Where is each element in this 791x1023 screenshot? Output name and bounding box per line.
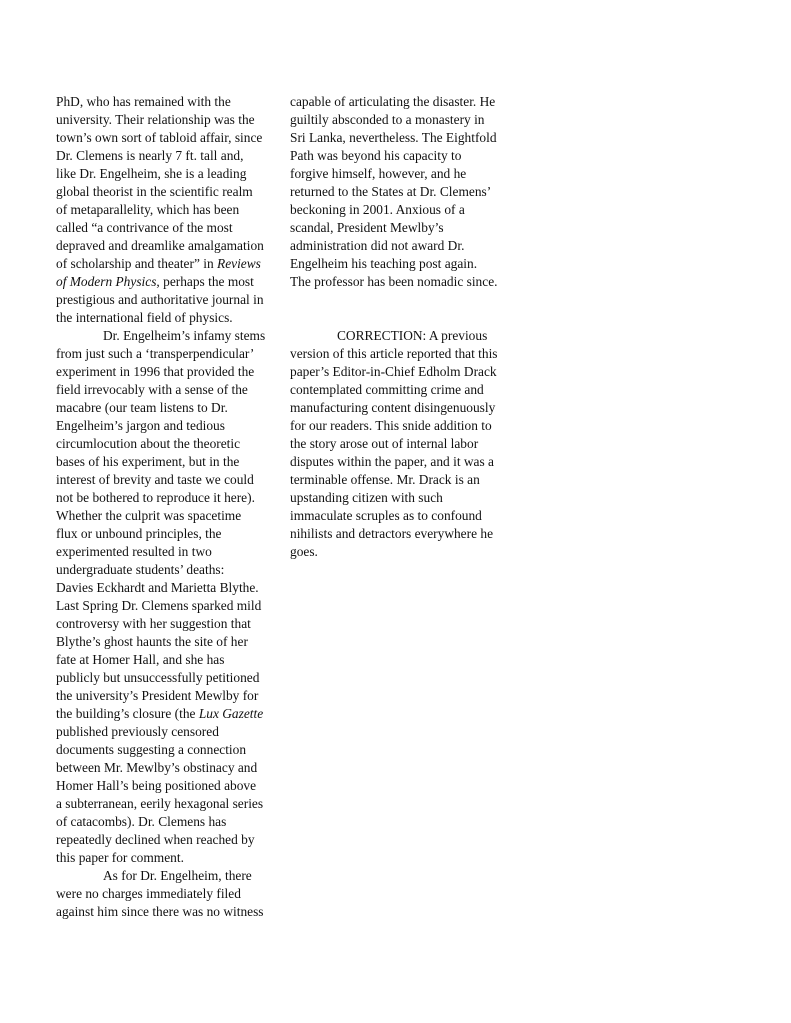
text-line: published previously censored [56,723,278,741]
right-column: capable of articulating the disaster. He… [290,93,512,561]
text-line: a subterranean, eerily hexagonal series [56,795,278,813]
text-line: of scholarship and theater” in Reviews [56,255,278,273]
text-line: macabre (our team listens to Dr. [56,399,278,417]
publication-title: Lux Gazette [199,706,263,721]
text-fragment: the building’s closure (the [56,706,199,721]
text-line: not be bothered to reproduce it here). [56,489,278,507]
text-line: beckoning in 2001. Anxious of a [290,201,512,219]
text-line: immaculate scruples as to confound [290,507,512,525]
text-line: capable of articulating the disaster. He [290,93,512,111]
text-line: PhD, who has remained with the [56,93,278,111]
text-line: town’s own sort of tabloid affair, since [56,129,278,147]
correction-notice: CORRECTION: A previous version of this a… [290,327,512,561]
text-line: Path was beyond his capacity to [290,147,512,165]
text-line: administration did not award Dr. [290,237,512,255]
text-line: Whether the culprit was spacetime [56,507,278,525]
text-line: controversy with her suggestion that [56,615,278,633]
text-line: interest of brevity and taste we could [56,471,278,489]
text-line: circumlocution about the theoretic [56,435,278,453]
text-line: manufacturing content disingenuously [290,399,512,417]
text-line: The professor has been nomadic since. [290,273,512,291]
text-line: version of this article reported that th… [290,345,512,363]
text-line: Engelheim his teaching post again. [290,255,512,273]
text-line: experimented resulted in two [56,543,278,561]
text-line: Homer Hall’s being positioned above [56,777,278,795]
text-fragment: of scholarship and theater” in [56,256,217,271]
text-line: of metaparallelity, which has been [56,201,278,219]
text-line: flux or unbound principles, the [56,525,278,543]
journal-title: Reviews [217,256,261,271]
text-line: for our readers. This snide addition to [290,417,512,435]
text-line: fate at Homer Hall, and she has [56,651,278,669]
text-line: the international field of physics. [56,309,278,327]
text-line: field irrevocably with a sense of the [56,381,278,399]
closing-paragraph: capable of articulating the disaster. He… [290,93,512,291]
text-line: prestigious and authoritative journal in [56,291,278,309]
text-line: contemplated committing crime and [290,381,512,399]
text-line: documents suggesting a connection [56,741,278,759]
text-line: repeatedly declined when reached by [56,831,278,849]
text-line: depraved and dreamlike amalgamation [56,237,278,255]
text-line: Dr. Clemens is nearly 7 ft. tall and, [56,147,278,165]
text-line: were no charges immediately filed [56,885,278,903]
text-line: Engelheim’s jargon and tedious [56,417,278,435]
paragraph-start-line: Dr. Engelheim’s infamy stems [56,327,278,345]
text-line: university. Their relationship was the [56,111,278,129]
text-line: returned to the States at Dr. Clemens’ [290,183,512,201]
text-line: called “a contrivance of the most [56,219,278,237]
text-line: between Mr. Mewlby’s obstinacy and [56,759,278,777]
text-line: undergraduate students’ deaths: [56,561,278,579]
text-line: bases of his experiment, but in the [56,453,278,471]
text-line: Last Spring Dr. Clemens sparked mild [56,597,278,615]
journal-title: of Modern Physics [56,274,156,289]
text-line: of Modern Physics, perhaps the most [56,273,278,291]
text-line: from just such a ‘transperpendicular’ [56,345,278,363]
text-line: the building’s closure (the Lux Gazette [56,705,278,723]
text-line: scandal, President Mewlby’s [290,219,512,237]
text-line: the story arose out of internal labor [290,435,512,453]
text-line: disputes within the paper, and it was a [290,453,512,471]
correction-heading-line: CORRECTION: A previous [290,327,512,345]
text-fragment: , perhaps the most [156,274,253,289]
text-line: upstanding citizen with such [290,489,512,507]
text-line: this paper for comment. [56,849,278,867]
text-line: the university’s President Mewlby for [56,687,278,705]
left-column: PhD, who has remained with the universit… [56,93,278,921]
text-line: global theorist in the scientific realm [56,183,278,201]
text-line: nihilists and detractors everywhere he [290,525,512,543]
text-line: like Dr. Engelheim, she is a leading [56,165,278,183]
text-line: experiment in 1996 that provided the [56,363,278,381]
paragraph-start-line: As for Dr. Engelheim, there [56,867,278,885]
text-line: Blythe’s ghost haunts the site of her [56,633,278,651]
text-line: terminable offense. Mr. Drack is an [290,471,512,489]
text-line: paper’s Editor-in-Chief Edholm Drack [290,363,512,381]
text-line: against him since there was no witness [56,903,278,921]
text-line: forgive himself, however, and he [290,165,512,183]
text-line: publicly but unsuccessfully petitioned [56,669,278,687]
paragraph-gap [290,291,512,327]
text-line: Davies Eckhardt and Marietta Blythe. [56,579,278,597]
text-line: of catacombs). Dr. Clemens has [56,813,278,831]
text-line: guiltily absconded to a monastery in [290,111,512,129]
text-line: Sri Lanka, nevertheless. The Eightfold [290,129,512,147]
text-line: goes. [290,543,512,561]
